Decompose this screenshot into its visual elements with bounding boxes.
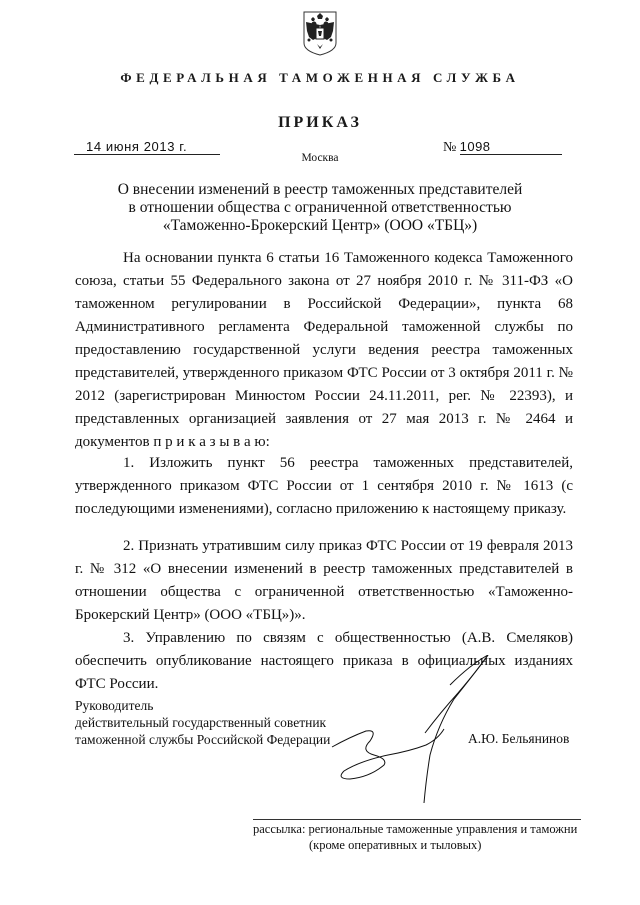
city: Москва xyxy=(0,152,640,164)
distribution-line: рассылка: региональные таможенные управл… xyxy=(253,822,577,836)
order-item-2: 2. Признать утратившим силу приказ ФТС Р… xyxy=(75,535,573,627)
document-type: ПРИКАЗ xyxy=(0,114,640,132)
coat-of-arms-icon xyxy=(303,11,337,56)
title-line: в отношении общества с ограниченной отве… xyxy=(80,199,560,217)
document-title: О внесении изменений в реестр таможенных… xyxy=(80,181,560,235)
preamble-text: На основании пункта 6 статьи 16 Таможенн… xyxy=(75,250,573,450)
title-line: «Таможенно-Брокерский Центр» (ООО «ТБЦ») xyxy=(80,217,560,235)
order-item-text: 2. Признать утратившим силу приказ ФТС Р… xyxy=(75,535,573,627)
distribution-line: (кроме оперативных и тыловых) xyxy=(253,837,583,853)
order-item-1: 1. Изложить пункт 56 реестра таможенных … xyxy=(75,452,573,521)
order-word: п р и к а з ы в а ю: xyxy=(153,434,269,450)
order-item-text: 1. Изложить пункт 56 реестра таможенных … xyxy=(75,452,573,521)
title-line: О внесении изменений в реестр таможенных… xyxy=(80,181,560,199)
agency-name: ФЕДЕРАЛЬНАЯ ТАМОЖЕННАЯ СЛУЖБА xyxy=(0,70,640,86)
handwritten-signature-icon xyxy=(330,655,520,805)
distribution-list: рассылка: региональные таможенные управл… xyxy=(253,821,583,853)
divider xyxy=(253,819,581,820)
preamble-paragraph: На основании пункта 6 статьи 16 Таможенн… xyxy=(75,247,573,454)
